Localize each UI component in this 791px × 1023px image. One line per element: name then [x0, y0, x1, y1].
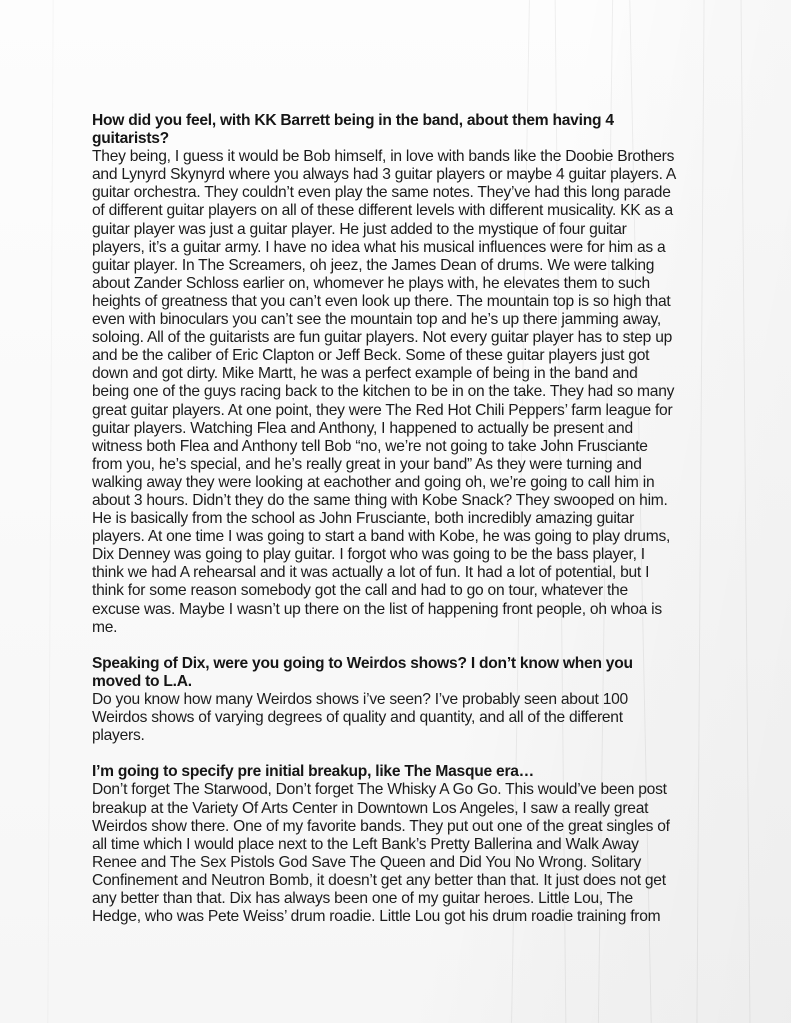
answer-line: walking away they were looking at eachot…: [92, 474, 732, 492]
answer-line: think we had A rehearsal and it was actu…: [92, 564, 732, 582]
answer-line: Weirdos shows of varying degrees of qual…: [92, 709, 732, 727]
answer-line: Don’t forget The Starwood, Don’t forget …: [92, 781, 732, 799]
answer-line: heights of greatness that you can’t even…: [92, 293, 732, 311]
answer-line: Weirdos show there. One of my favorite b…: [92, 818, 732, 836]
answer-line: witness both Flea and Anthony tell Bob “…: [92, 438, 732, 456]
answer-line: Dix Denney was going to play guitar. I f…: [92, 546, 732, 564]
answer-line: being one of the guys racing back to the…: [92, 383, 732, 401]
answer-line: soloing. All of the guitarists are fun g…: [92, 329, 732, 347]
interview-answer: Don’t forget The Starwood, Don’t forget …: [92, 781, 732, 926]
answer-line: players.: [92, 727, 732, 745]
question-line: moved to L.A.: [92, 673, 732, 691]
answer-line: about 3 hours. Didn’t they do the same t…: [92, 492, 732, 510]
question-line: How did you feel, with KK Barrett being …: [92, 112, 732, 130]
question-line: I’m going to specify pre initial breakup…: [92, 763, 732, 781]
answer-line: guitar player was just a guitar player. …: [92, 221, 732, 239]
question-line: guitarists?: [92, 130, 732, 148]
answer-line: all time which I would place next to the…: [92, 836, 732, 854]
answer-line: Hedge, who was Pete Weiss’ drum roadie. …: [92, 908, 732, 926]
answer-line: any better than that. Dix has always bee…: [92, 890, 732, 908]
answer-line: guitar orchestra. They couldn’t even pla…: [92, 184, 732, 202]
answer-line: guitar players. Watching Flea and Anthon…: [92, 420, 732, 438]
interview-answer: They being, I guess it would be Bob hims…: [92, 148, 732, 637]
answer-line: Renee and The Sex Pistols God Save The Q…: [92, 854, 732, 872]
answer-line: They being, I guess it would be Bob hims…: [92, 148, 732, 166]
answer-line: from you, he’s special, and he’s really …: [92, 456, 732, 474]
answer-line: even with binoculars you can’t see the m…: [92, 311, 732, 329]
answer-line: of different guitar players on all of th…: [92, 202, 732, 220]
interview-question: I’m going to specify pre initial breakup…: [92, 763, 732, 781]
answer-line: great guitar players. At one point, they…: [92, 402, 732, 420]
answer-line: about Zander Schloss earlier on, whomeve…: [92, 275, 732, 293]
answer-line: Do you know how many Weirdos shows i’ve …: [92, 691, 732, 709]
answer-line: guitar player. In The Screamers, oh jeez…: [92, 257, 732, 275]
answer-line: excuse was. Maybe I wasn’t up there on t…: [92, 601, 732, 619]
answer-line: Confinement and Neutron Bomb, it doesn’t…: [92, 872, 732, 890]
answer-line: and Lynyrd Skynyrd where you always had …: [92, 166, 732, 184]
paper-scratch: [47, 0, 53, 1023]
answer-line: me.: [92, 619, 732, 637]
answer-line: players. At one time I was going to star…: [92, 528, 732, 546]
document-page: How did you feel, with KK Barrett being …: [92, 112, 732, 944]
answer-line: He is basically from the school as John …: [92, 510, 732, 528]
interview-question: Speaking of Dix, were you going to Weird…: [92, 655, 732, 691]
interview-question: How did you feel, with KK Barrett being …: [92, 112, 732, 148]
answer-line: players, it’s a guitar army. I have no i…: [92, 239, 732, 257]
answer-line: and be the caliber of Eric Clapton or Je…: [92, 347, 732, 365]
interview-answer: Do you know how many Weirdos shows i’ve …: [92, 691, 732, 745]
answer-line: down and got dirty. Mike Martt, he was a…: [92, 365, 732, 383]
interview-section-1: How did you feel, with KK Barrett being …: [92, 112, 732, 637]
paper-scratch: [741, 0, 751, 1023]
interview-section-3: I’m going to specify pre initial breakup…: [92, 763, 732, 926]
interview-section-2: Speaking of Dix, were you going to Weird…: [92, 655, 732, 745]
question-line: Speaking of Dix, were you going to Weird…: [92, 655, 732, 673]
answer-line: think for some reason somebody got the c…: [92, 582, 732, 600]
answer-line: breakup at the Variety Of Arts Center in…: [92, 800, 732, 818]
